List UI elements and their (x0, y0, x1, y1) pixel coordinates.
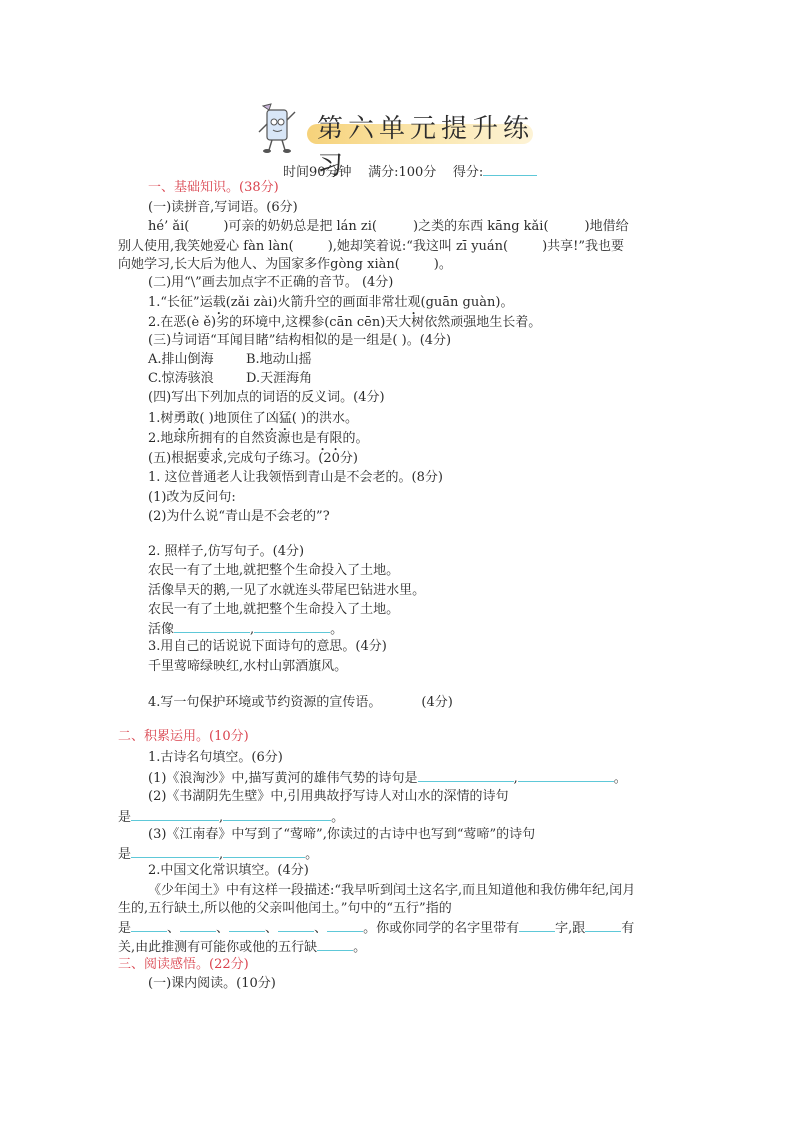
text: (guān guàn)。 (421, 295, 514, 310)
text: ( )地顶住了 (199, 411, 265, 426)
s2-q1-c: (3)《江南春》中写到了“莺啼”,你读过的古诗中也写到“莺啼”的诗句 (148, 826, 535, 844)
answer-blank[interactable] (254, 620, 330, 633)
text: 是 (118, 847, 131, 862)
answer-blank[interactable] (223, 845, 305, 858)
answer-blank[interactable] (518, 769, 614, 782)
text: 字,跟 (555, 921, 585, 936)
q5-sub2-line-1: 农民一有了土地,就把整个生命投入了土地。 (148, 562, 399, 580)
option-c[interactable]: C.惊涛骇浪 (148, 370, 246, 388)
q5-sub1-a: (1)改为反问句: (148, 489, 236, 507)
text: (cān cēn)天大树依然顽强地生长着。 (324, 315, 541, 330)
q5-sub2-line-4: 活像,。 (148, 620, 343, 639)
pinyin-text: ),她却笑着说:“我这叫 zī yuán( (328, 239, 508, 254)
text: (è ě)劣的环境中,这棵 (186, 315, 311, 330)
text: 1.树 (148, 411, 173, 426)
q5-sub1-b: (2)为什么说“青山是不会老的”? (148, 508, 330, 526)
text: 、 (265, 921, 278, 936)
s2-q2-line-3: 是、、、、。你或你同学的名字里带有字,跟有 (118, 919, 634, 938)
answer-blank[interactable] (180, 919, 216, 932)
q5-sub1-title: 1. 这位普通老人让我领悟到青山是不会老的。(8分) (148, 469, 443, 487)
text: 、 (216, 921, 229, 936)
exam-meta: 时间90分钟 满分:100分 得分: (283, 161, 537, 180)
s2-q1-a: (1)《浪淘沙》中,描写黄河的雄伟气势的诗句是,。 (148, 769, 627, 788)
q5-sub3-poem: 千里莺啼绿映红,水村山郭酒旗风。 (148, 658, 347, 676)
section-2-heading: 二、积累运用。(10分) (118, 728, 249, 746)
q5-sub2-line-3: 农民一有了土地,就把整个生命投入了土地。 (148, 601, 399, 619)
text: 。 (614, 771, 627, 786)
s2-q1-b: (2)《书湖阴先生壁》中,引用典故抒写诗人对山水的深情的诗句 (148, 788, 509, 806)
answer-blank[interactable] (418, 769, 514, 782)
text: 有 (621, 921, 634, 936)
dotted-char: 参 (311, 315, 324, 330)
time-label: 时间90分钟 (283, 165, 352, 180)
text: 的。 (342, 431, 368, 446)
pinyin-text: 别人使用,我笑她爱心 fàn làn( (118, 239, 294, 254)
text: 、 (167, 921, 180, 936)
text: 。 (305, 847, 318, 862)
s2-q2-line-1: 《少年闰土》中有这样一段描述:“我早听到闰土这名字,而且知道他和我仿佛年纪,闰月 (148, 882, 635, 900)
text: 4.写一句保护环境或节约资源的宣传语。 (148, 695, 381, 710)
s2-q2-title: 2.中国文化常识填空。(4分) (148, 862, 309, 880)
answer-blank[interactable] (131, 919, 167, 932)
text: 1.“长征”运 (148, 295, 213, 310)
q5-sub2-title: 2. 照样子,仿写句子。(4分) (148, 543, 304, 561)
pinyin-text: 向她学习,长大后为他人、为国家多作gòng xiàn( (118, 257, 400, 272)
answer-blank[interactable] (223, 808, 331, 821)
text: (4分) (421, 695, 452, 710)
s2-q2-line-4: 关,由此推测有可能你或他的五行缺。 (118, 938, 366, 957)
answer-blank[interactable] (229, 919, 265, 932)
q3-options-row-2: C.惊涛骇浪D.天涯海角 (148, 370, 312, 388)
full-score-label: 满分:100分 (368, 165, 436, 180)
text: (zǎi zài)火箭升空的画面非常壮 (226, 295, 408, 310)
q5-title: (五)根据要求,完成句子练习。(20分) (148, 450, 358, 468)
section-1-heading: 一、基础知识。(38分) (148, 179, 279, 197)
text: 、 (314, 921, 327, 936)
pinyin-text: )可亲的奶奶总是把 lán zi( (223, 219, 377, 234)
text: 。 (353, 940, 366, 955)
q3-title: (三)与词语“耳闻目睹”结构相似的是一组是( )。(4分) (148, 332, 451, 350)
text: 关,由此推测有可能你或他的五行缺 (118, 940, 317, 955)
text: 。 (330, 622, 343, 637)
text: 的自然资源也是 (225, 431, 316, 446)
answer-blank[interactable] (131, 808, 219, 821)
q1-line-2: 别人使用,我笑她爱心 fàn làn(),她却笑着说:“我这叫 zī yuán(… (118, 238, 624, 256)
q1-line-1: hé’ ǎi()可亲的奶奶总是把 lán zi()之类的东西 kāng kǎi(… (148, 218, 629, 236)
text: 2.地球所 (148, 431, 199, 446)
text: 。你或你同学的名字里带有 (363, 921, 519, 936)
pinyin-text: hé’ ǎi( (148, 219, 189, 234)
pinyin-text: )之类的东西 kāng kǎi( (413, 219, 549, 234)
answer-blank[interactable] (174, 620, 250, 633)
answer-blank[interactable] (585, 919, 621, 932)
text: 是 (118, 810, 131, 825)
answer-blank[interactable] (317, 938, 353, 951)
q4-title: (四)写出下列加点的词语的反义词。(4分) (148, 389, 385, 407)
text: 活像 (148, 622, 174, 637)
q3-options-row-1: A.排山倒海B.地动山摇 (148, 351, 312, 369)
s2-q1-title: 1.古诗名句填空。(6分) (148, 749, 283, 767)
pinyin-text: )。 (434, 257, 452, 272)
text: ( )的洪水。 (292, 411, 358, 426)
s2-q2-line-2: 生的,五行缺土,所以他的父亲叫他闰土。”句中的“五行”指的 (118, 900, 452, 918)
q2-title: (二)用“\”画去加点字不正确的音节。 (4分) (148, 274, 393, 292)
pinyin-text: )地借给 (585, 219, 629, 234)
pinyin-text: )共享!”我也要 (542, 239, 624, 254)
dotted-char: 观 (408, 295, 421, 310)
dotted-char: 恶 (173, 315, 186, 330)
answer-blank[interactable] (519, 919, 555, 932)
text: 。 (331, 810, 344, 825)
q1-title: (一)读拼音,写词语。(6分) (148, 199, 298, 217)
section-3-heading: 三、阅读感悟。(22分) (118, 956, 249, 974)
option-d[interactable]: D.天涯海角 (246, 371, 312, 386)
answer-blank[interactable] (278, 919, 314, 932)
dotted-word: 凶猛 (266, 411, 292, 426)
score-blank[interactable] (483, 163, 537, 176)
score-label: 得分: (453, 165, 483, 180)
q1-line-3: 向她学习,长大后为他人、为国家多作gòng xiàn()。 (118, 256, 452, 274)
title-banner: 第六单元提升练习 (255, 100, 545, 156)
answer-blank[interactable] (327, 919, 363, 932)
answer-blank[interactable] (131, 845, 219, 858)
q5-sub2-line-2: 活像旱天的鹅,一见了水就连头带尾巴钻进水里。 (148, 582, 425, 600)
mascot-book-icon (255, 102, 299, 154)
dotted-word: 拥有 (199, 431, 225, 446)
option-a[interactable]: A.排山倒海 (148, 351, 246, 369)
dotted-word: 勇敢 (173, 411, 199, 426)
dotted-word: 有限 (316, 431, 342, 446)
dotted-char: 载 (213, 295, 226, 310)
text: 是 (118, 921, 131, 936)
s2-q1-b-answer: 是,。 (118, 808, 344, 827)
q5-sub4-title: 4.写一句保护环境或节约资源的宣传语。(4分) (148, 694, 453, 712)
text: 2.在 (148, 315, 173, 330)
q5-sub3-title: 3.用自己的话说说下面诗句的意思。(4分) (148, 638, 387, 656)
option-b[interactable]: B.地动山摇 (246, 352, 312, 367)
text: (1)《浪淘沙》中,描写黄河的雄伟气势的诗句是 (148, 771, 418, 786)
s3-q1-title: (一)课内阅读。(10分) (148, 975, 276, 993)
